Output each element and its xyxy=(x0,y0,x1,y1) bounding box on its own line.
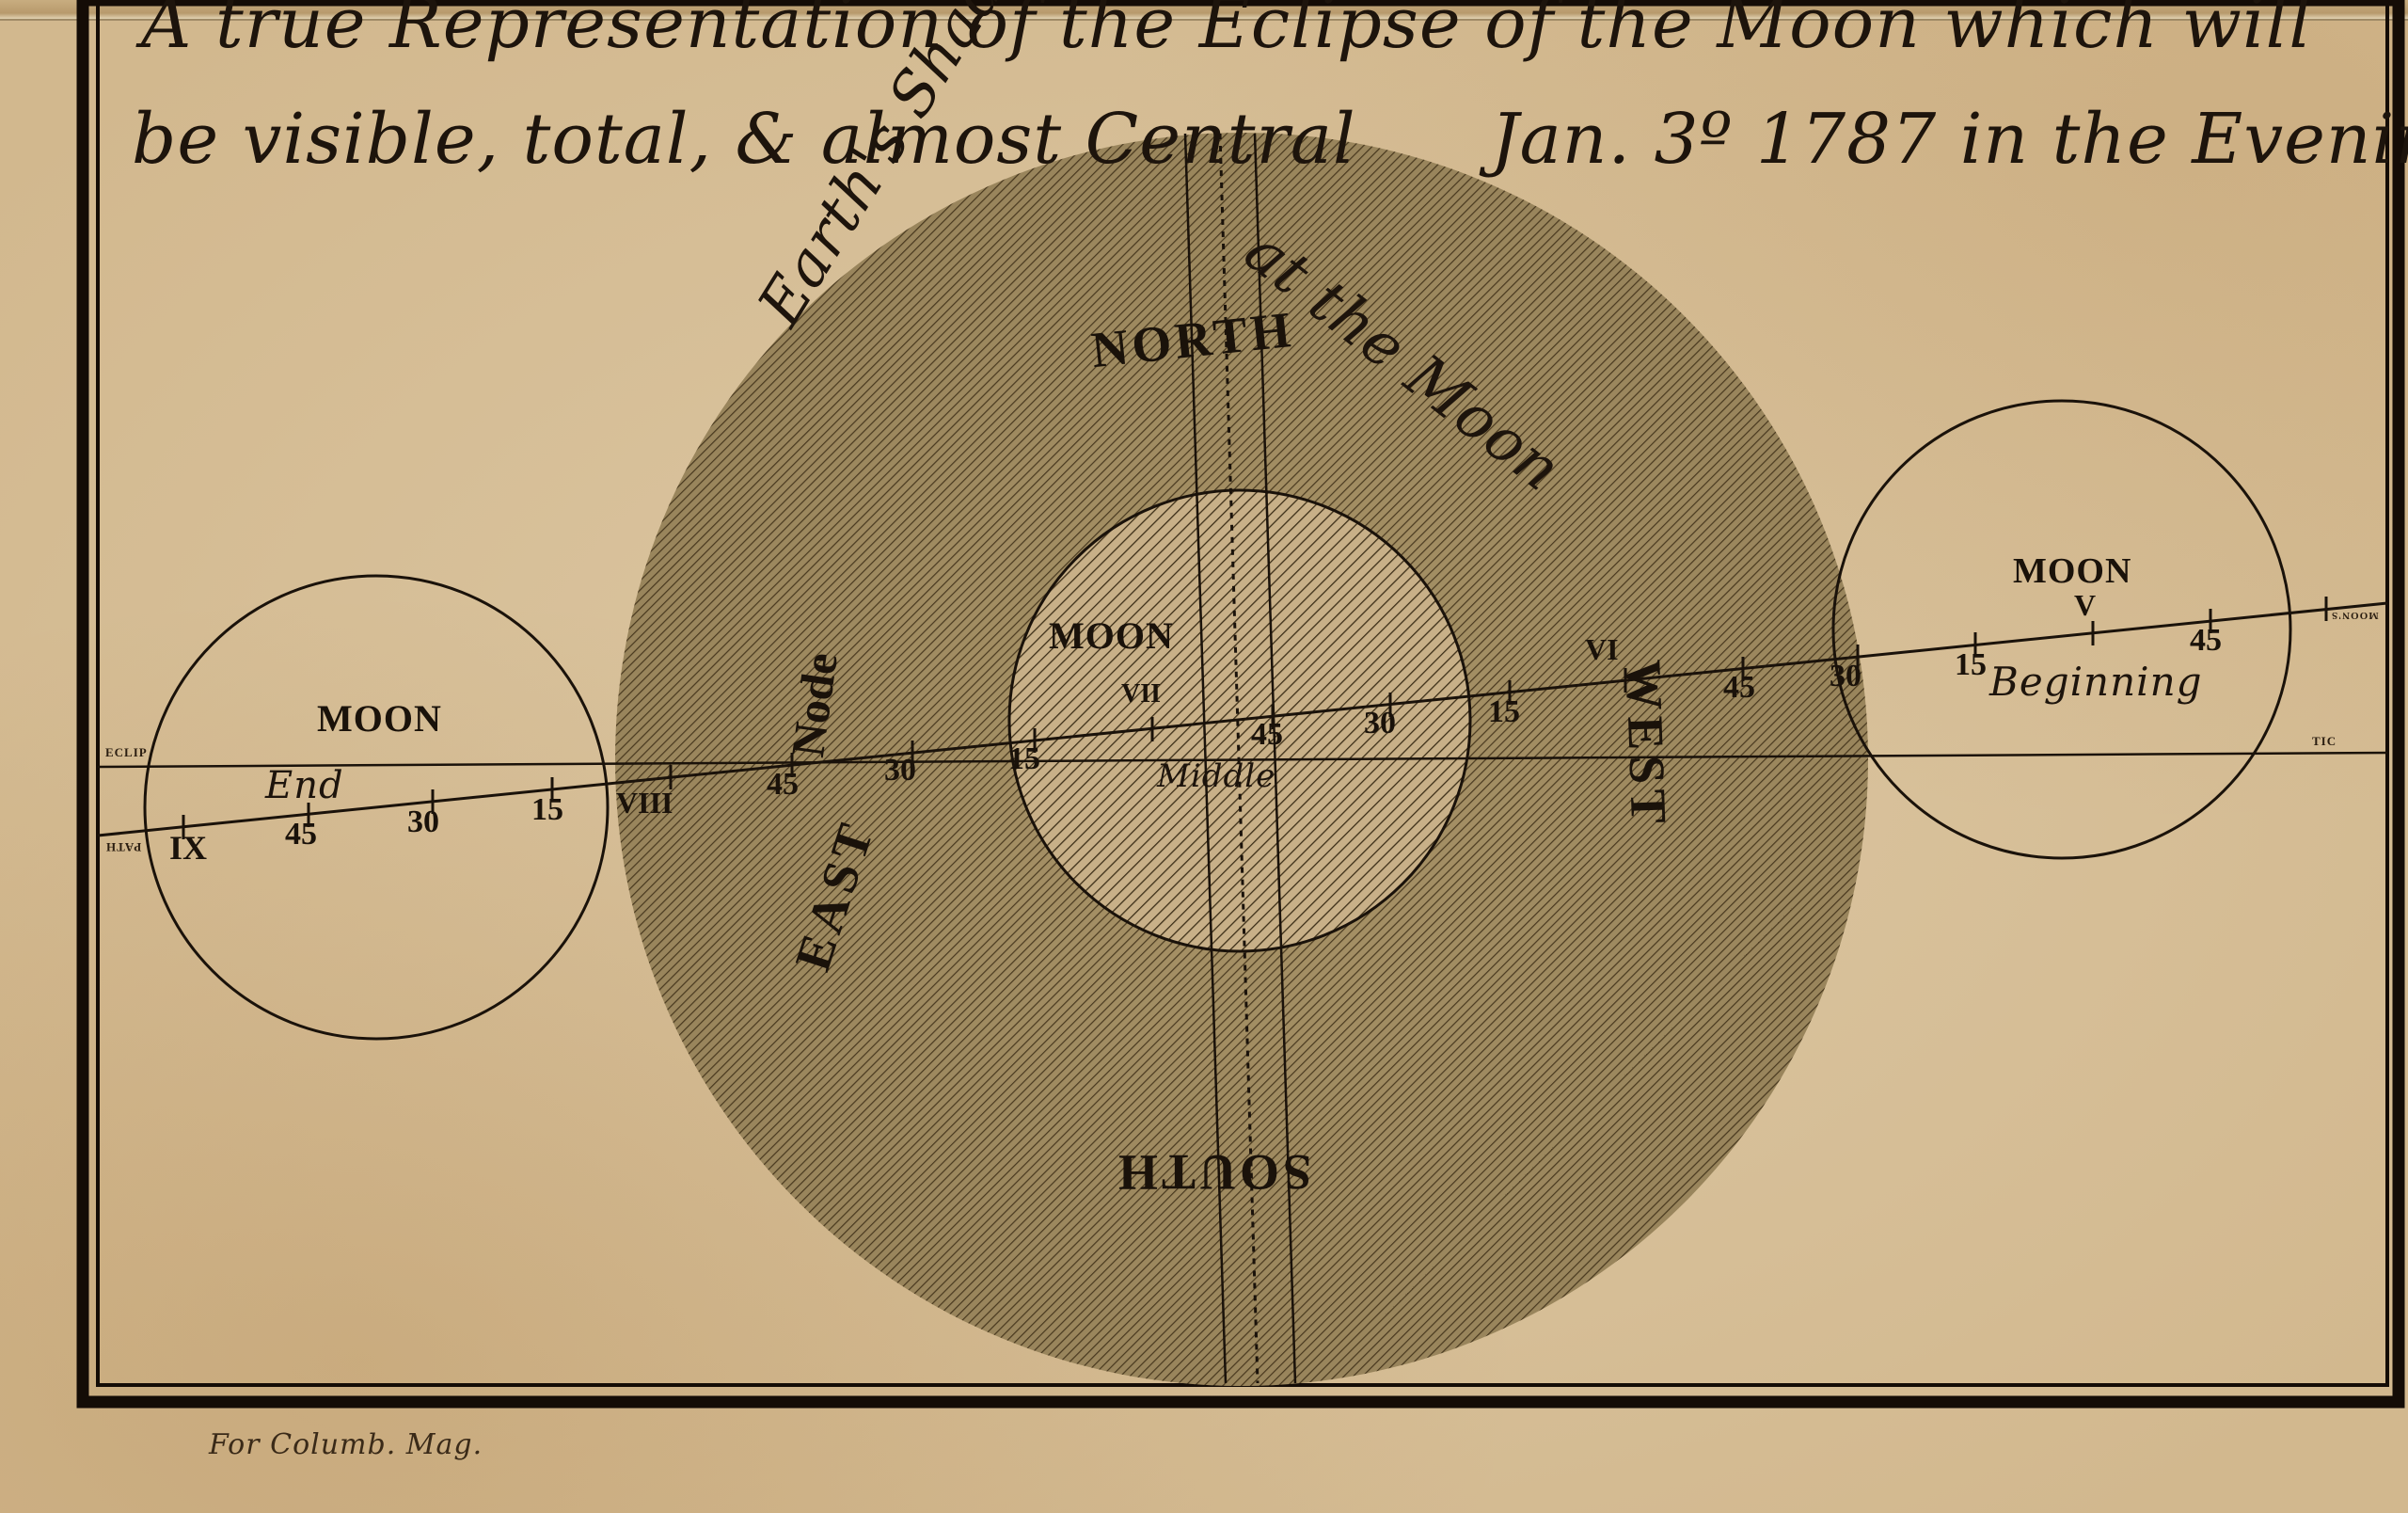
path-label-right: MOON'S xyxy=(2331,610,2379,621)
title-line-2a: be visible, total, & almost Central xyxy=(132,99,1356,180)
moon-beginning-hour: V xyxy=(2074,588,2096,623)
tick-label: IX xyxy=(169,828,207,868)
compass-west: WEST xyxy=(1614,659,1678,830)
engraved-plate: A true Representation of the Eclipse of … xyxy=(0,0,2408,1513)
title-line-2b: Jan. 3º 1787 in the Evening xyxy=(1491,99,2408,180)
tick-label: 15 xyxy=(1008,741,1040,777)
moon-end-label: MOON xyxy=(317,696,442,741)
moon-middle-hour: VII xyxy=(1121,679,1161,709)
tick-label: 45 xyxy=(1723,670,1755,706)
imprint-credit: For Columb. Mag. xyxy=(209,1428,483,1461)
tick-label: 30 xyxy=(884,753,916,788)
moon-beginning-label: MOON xyxy=(2013,550,2131,592)
moon-beginning-disc xyxy=(1833,401,2290,858)
moon-end-phase: End xyxy=(265,764,344,807)
moon-middle-phase: Middle xyxy=(1157,757,1275,795)
tick-label: 45 xyxy=(767,767,799,803)
moon-beginning-phase: Beginning xyxy=(1989,659,2203,705)
tick-label: VI xyxy=(1585,632,1619,667)
tick-label: 15 xyxy=(1488,694,1520,730)
title-line-1: A true Representation of the Eclipse of … xyxy=(141,0,2312,64)
ecliptic-label-right: TIC xyxy=(2312,734,2337,749)
path-label-left: PATH xyxy=(105,839,141,854)
tick-label: 45 xyxy=(2190,623,2222,659)
eclipse-diagram xyxy=(0,0,2408,1513)
tick-label: 15 xyxy=(531,792,563,828)
tick-label: VIII xyxy=(616,786,673,820)
tick-label: 30 xyxy=(1364,706,1396,741)
tick-label: 45 xyxy=(285,817,317,852)
moon-middle-label: MOON xyxy=(1049,613,1174,658)
tick-label: 30 xyxy=(407,804,439,840)
ecliptic-label-left: ECLIP xyxy=(105,745,148,760)
tick-label: 30 xyxy=(1830,659,1861,694)
tick-label: 15 xyxy=(1955,647,1987,683)
tick-label: 45 xyxy=(1251,717,1283,753)
compass-south: SOUTH xyxy=(1115,1143,1311,1202)
